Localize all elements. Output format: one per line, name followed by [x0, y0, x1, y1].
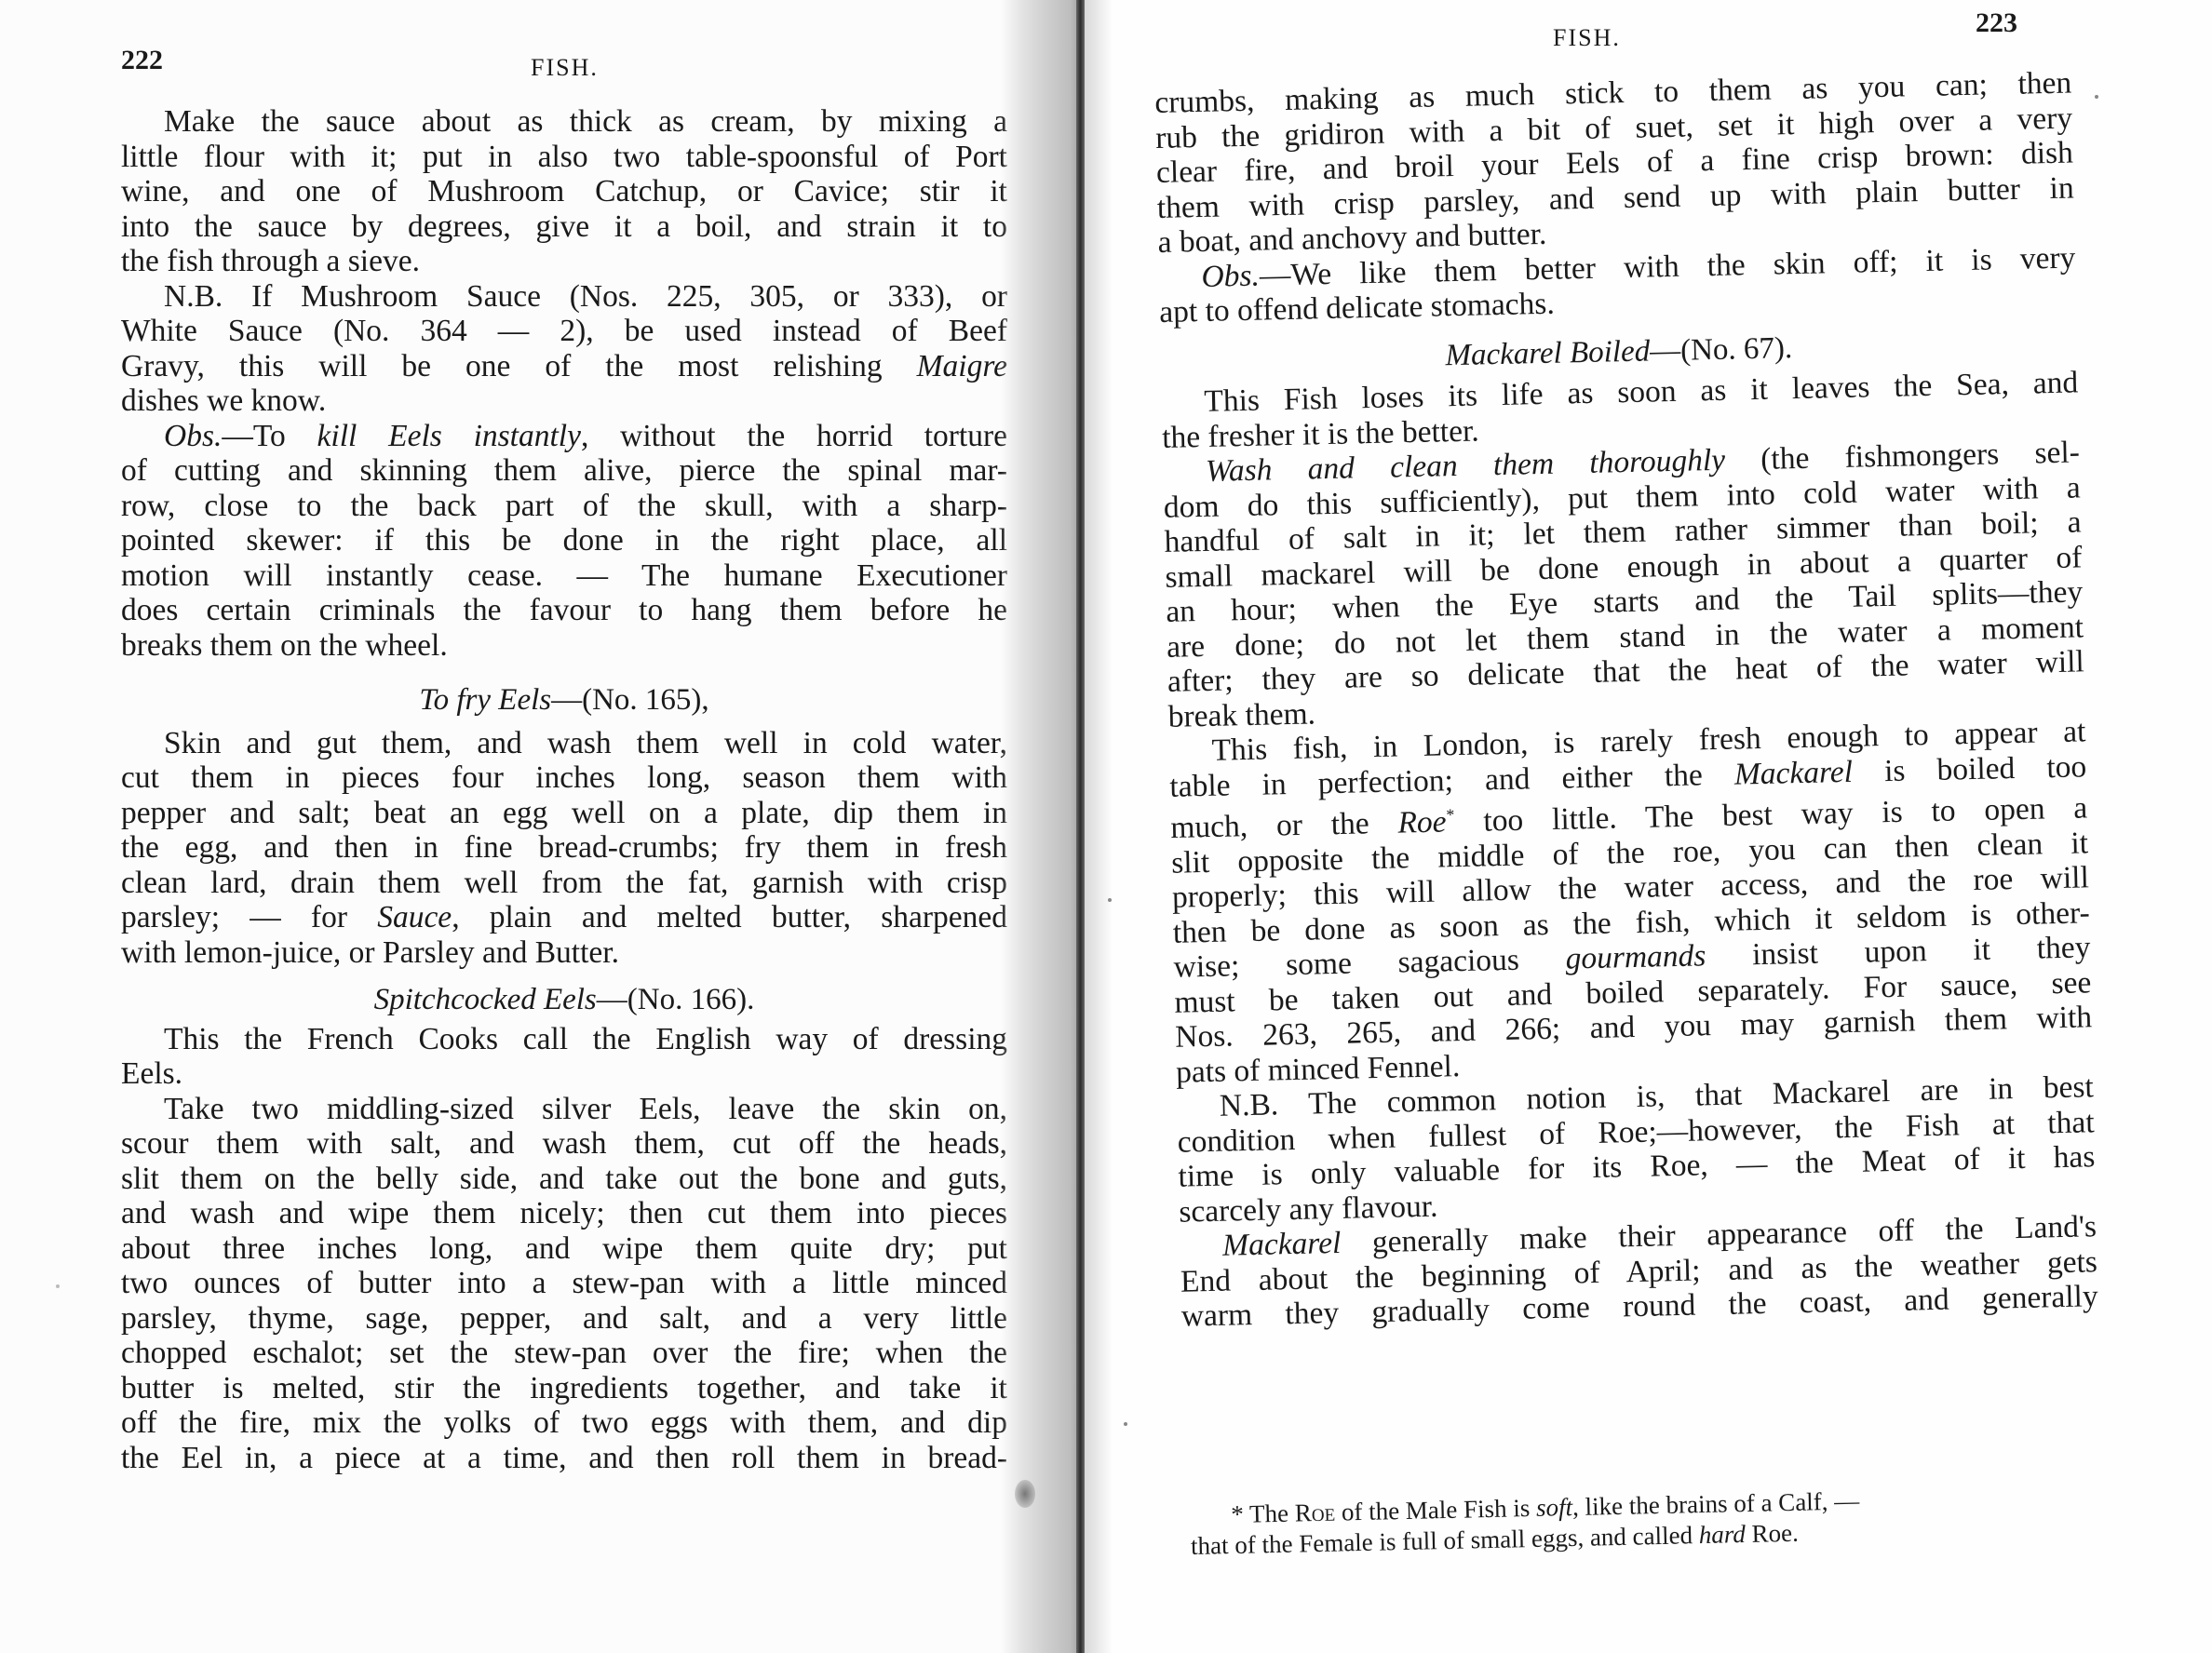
text-line: row, close to the back part of the skull… [121, 489, 1007, 524]
text-line: parsley, thyme, sage, pepper, and salt, … [121, 1301, 1007, 1337]
book-spread: 222 FISH. Make the sauce about as thick … [0, 0, 2212, 1653]
text-line: with lemon-juice, or Parsley and Butter. [121, 935, 1007, 971]
text-line: White Sauce (No. 364 — 2), be used inste… [121, 314, 1007, 349]
text-line: does certain criminals the favour to han… [121, 593, 1007, 628]
paragraph-wash-clean: Wash and clean them thoroughly (the fish… [1163, 435, 2085, 733]
text-line: the fish through a sieve. [121, 244, 1007, 279]
scan-speck [1124, 1422, 1127, 1426]
text-line: breaks them on the wheel. [121, 628, 1007, 664]
paragraph-take-two-eels: Take two middling-sized silver Eels, lea… [121, 1092, 1007, 1476]
text-fragment: , like the brains of a Calf, — [1572, 1486, 1860, 1521]
text-fragment: parsley; — for [121, 900, 377, 934]
text-line: the egg, and then in fine bread-crumbs; … [121, 830, 1007, 866]
italic-text: kill Eels instantly [317, 419, 581, 453]
text-line: into the sauce by degrees, give it a boi… [121, 209, 1007, 245]
paragraph-nb-roe: N.B. The common notion is, that Mackarel… [1177, 1069, 2097, 1229]
obs-label: Obs. [164, 419, 222, 453]
text-line: butter is melted, stir the ingredients t… [121, 1371, 1007, 1406]
text-line: Take two middling-sized silver Eels, lea… [121, 1092, 1007, 1127]
text-fragment: —To [222, 419, 317, 453]
left-page-body: Make the sauce about as thick as cream, … [121, 104, 1007, 1475]
text-line: off the fire, mix the yolks of two eggs … [121, 1405, 1007, 1441]
italic-text: Sauce [377, 900, 452, 934]
text-line: N.B. If Mushroom Sauce (Nos. 225, 305, o… [121, 279, 1007, 315]
text-line: two ounces of butter into a stew-pan wit… [121, 1266, 1007, 1301]
heading-italic: To fry Eels [419, 683, 551, 717]
paragraph-nb-mushroom: N.B. If Mushroom Sauce (Nos. 225, 305, o… [121, 279, 1007, 419]
paragraph-obs-kill-eels: Obs.—To kill Eels instantly, without the… [121, 419, 1007, 664]
heading-number: —(No. 165), [551, 683, 709, 717]
text-line: Skin and gut them, and wash them well in… [121, 726, 1007, 761]
text-line: parsley; — for Sauce, plain and melted b… [121, 900, 1007, 935]
text-fragment: , plain and melted butter, sharpened [452, 900, 1007, 934]
text-line: pepper and salt; beat an egg well on a p… [121, 796, 1007, 831]
right-page-body: crumbs, making as much stick to them as … [1154, 66, 2098, 1335]
page-number-right: 223 [1976, 7, 2017, 39]
text-line: dishes we know. [121, 383, 1007, 419]
text-line: chopped eschalot; set the stew-pan over … [121, 1336, 1007, 1371]
scan-speck [1108, 898, 1112, 902]
paragraph-french-cooks: This the French Cooks call the English w… [121, 1022, 1007, 1092]
text-fragment: of the Male Fish is [1335, 1494, 1537, 1526]
paragraph-fry-eels: Skin and gut them, and wash them well in… [121, 726, 1007, 971]
text-line: Make the sauce about as thick as cream, … [121, 104, 1007, 140]
running-head-left: FISH. [531, 54, 599, 82]
gutter-shadow [1001, 0, 1083, 1653]
italic-text: gourmands [1565, 938, 1706, 975]
obs-label: Obs. [1201, 258, 1260, 293]
book-spine [1076, 0, 1085, 1653]
text-line: about three inches long, and wipe them q… [121, 1231, 1007, 1267]
paragraph-crumbs: crumbs, making as much stick to them as … [1154, 66, 2075, 261]
text-fragment: The [1244, 1499, 1296, 1528]
heading-italic: Spitchcocked Eels [374, 983, 597, 1016]
footnote-asterisk: * [1231, 1500, 1244, 1528]
italic-text: Roe [1397, 805, 1447, 840]
text-fragment: , without the horrid torture [581, 419, 1007, 453]
text-line: This the French Cooks call the English w… [121, 1022, 1007, 1057]
heading-number: —(No. 67). [1650, 331, 1793, 368]
running-head-right: FISH. [1553, 24, 1621, 52]
scan-speck [2095, 95, 2098, 99]
paragraph-london: This fish, in London, is rarely fresh en… [1168, 714, 2093, 1090]
text-line: motion will instantly cease. — The human… [121, 558, 1007, 594]
text-line: Gravy, this will be one of the most reli… [121, 349, 1007, 384]
paragraph-sauce: Make the sauce about as thick as cream, … [121, 104, 1007, 279]
text-line: the Eel in, a piece at a time, and then … [121, 1441, 1007, 1476]
recipe-heading-fry-eels: To fry Eels—(No. 165), [121, 683, 1007, 719]
left-page: 222 FISH. Make the sauce about as thick … [0, 0, 1080, 1653]
text-line: of cutting and skinning them alive, pier… [121, 453, 1007, 489]
scan-speck [56, 1284, 60, 1288]
italic-text: Mackarel [1733, 754, 1853, 791]
text-line: and wash and wipe them nicely; then cut … [121, 1196, 1007, 1231]
text-line: Obs.—To kill Eels instantly, without the… [121, 419, 1007, 454]
heading-italic: Mackarel Boiled [1445, 334, 1650, 372]
text-line: clean lard, drain them well from the fat… [121, 866, 1007, 901]
page-number-left: 222 [121, 45, 163, 76]
text-fragment: Roe. [1745, 1519, 1799, 1548]
recipe-heading-spitchcocked-eels: Spitchcocked Eels—(No. 166). [121, 983, 1007, 1018]
text-line: wine, and one of Mushroom Catchup, or Ca… [121, 174, 1007, 209]
italic-text: Maigre [917, 349, 1007, 383]
italic-text: hard [1698, 1520, 1746, 1549]
italic-text: Mackarel [1222, 1226, 1342, 1263]
heading-number: —(No. 166). [597, 983, 755, 1016]
text-line: pointed skewer: if this be done in the r… [121, 523, 1007, 558]
text-line: little flour with it; put in also two ta… [121, 140, 1007, 175]
text-fragment: much, or the [1170, 806, 1398, 845]
paragraph-appearance: Mackarel generally make their appearance… [1180, 1209, 2098, 1334]
italic-text: soft [1536, 1493, 1573, 1522]
text-line: scour them with salt, and wash them, cut… [121, 1126, 1007, 1162]
text-fragment: Gravy, this will be one of the most reli… [121, 349, 917, 383]
gutter-shadow-right [1085, 0, 1113, 1653]
text-line: slit them on the belly side, and take ou… [121, 1162, 1007, 1197]
text-fragment: is boiled too [1853, 749, 2087, 788]
text-line: cut them in pieces four inches long, sea… [121, 760, 1007, 796]
text-line: Eels. [121, 1056, 1007, 1092]
small-caps-text: Roe [1294, 1498, 1335, 1527]
ink-smudge [1015, 1480, 1035, 1508]
